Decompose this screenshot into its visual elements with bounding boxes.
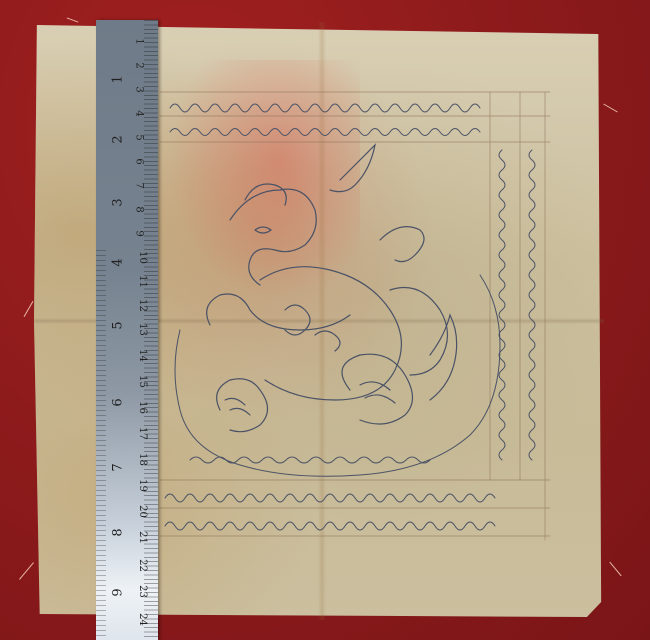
ruler-cm-label: 12 bbox=[137, 299, 148, 312]
ruler-cm-label: 1 bbox=[134, 38, 145, 44]
ruler-cm-label: 11 bbox=[137, 275, 148, 288]
metal-ruler: 1 2 3 4 5 6 7 8 9 1 2 3 4 5 6 7 8 9 10 1… bbox=[96, 20, 158, 640]
ruler-inch-label: 6 bbox=[111, 398, 126, 406]
script-ring bbox=[175, 275, 500, 476]
ruler-inch-label: 3 bbox=[111, 198, 126, 206]
ruler-cm-label: 6 bbox=[134, 158, 145, 164]
ruler-inch-label: 8 bbox=[111, 528, 126, 536]
ruler-cm-label: 5 bbox=[134, 134, 145, 140]
ruler-cm-label: 21 bbox=[137, 531, 148, 544]
yantra-drawing bbox=[150, 80, 590, 560]
ruler-inch-ticks bbox=[96, 250, 106, 640]
top-script-block bbox=[160, 92, 550, 540]
ruler-cm-label: 14 bbox=[137, 349, 148, 362]
script-text-right-columns bbox=[499, 150, 535, 460]
ruler-cm-label: 24 bbox=[137, 613, 148, 626]
ruler-cm-label: 3 bbox=[134, 86, 145, 92]
ruler-cm-label: 16 bbox=[137, 401, 148, 414]
ruler-inch-label: 2 bbox=[111, 135, 126, 143]
ruler-cm-label: 17 bbox=[137, 427, 148, 440]
ruler-cm-label: 9 bbox=[134, 230, 145, 236]
ruler-inch-label: 9 bbox=[111, 588, 126, 596]
lion-figure bbox=[207, 145, 457, 432]
ruler-cm-label: 13 bbox=[137, 323, 148, 336]
ruler-cm-label: 20 bbox=[137, 505, 148, 518]
ruler-cm-label: 22 bbox=[137, 559, 148, 572]
ruler-inch-label: 4 bbox=[111, 258, 126, 266]
script-text-bottom bbox=[165, 494, 495, 530]
script-text-top bbox=[170, 104, 480, 136]
ruler-cm-label: 18 bbox=[137, 453, 148, 466]
ruler-cm-label: 8 bbox=[134, 206, 145, 212]
ruler-cm-label: 10 bbox=[137, 251, 148, 264]
ruler-cm-label: 7 bbox=[134, 182, 145, 188]
ruler-cm-label: 15 bbox=[137, 375, 148, 388]
ruler-cm-label: 2 bbox=[134, 62, 145, 68]
ruler-inch-label: 7 bbox=[111, 463, 126, 471]
ruler-cm-label: 19 bbox=[137, 479, 148, 492]
ruler-cm-label: 23 bbox=[137, 585, 148, 598]
ruler-inch-label: 1 bbox=[111, 75, 126, 83]
ruler-cm-label: 4 bbox=[134, 110, 145, 116]
ruler-inch-label: 5 bbox=[111, 321, 126, 329]
